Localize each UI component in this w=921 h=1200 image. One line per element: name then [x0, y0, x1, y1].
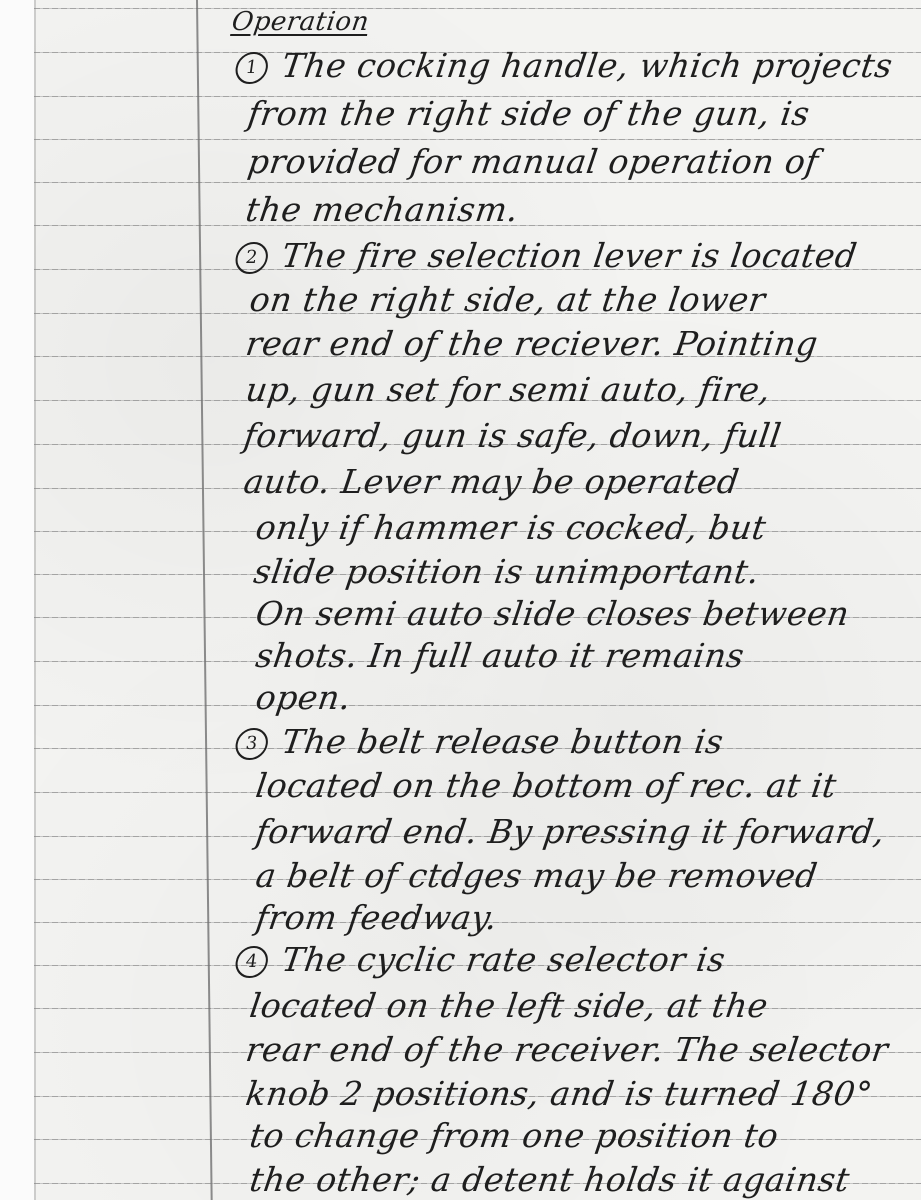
- section-2-line-11: open.: [253, 678, 353, 718]
- section-3-line-5: from feedway.: [253, 898, 500, 938]
- section-number-2: 2: [233, 242, 269, 274]
- section-number-1: 1: [233, 52, 269, 84]
- section-4-line-5: to change from one position to: [247, 1116, 781, 1156]
- section-2-line-8: slide position is unimportant.: [251, 552, 762, 592]
- text-line: The fire selection lever is located: [279, 236, 859, 275]
- text-line: The cocking handle, which projects: [279, 46, 895, 85]
- section-1-line-1: 1The cocking handle, which projects: [233, 46, 895, 86]
- page-edge: [34, 0, 36, 1200]
- rule-line: [34, 139, 921, 140]
- text-line: The cyclic rate selector is: [279, 940, 728, 979]
- section-2-line-1: 2The fire selection lever is located: [233, 236, 859, 276]
- section-4-line-2: located on the left side, at the: [247, 986, 770, 1026]
- section-4-line-1: 4The cyclic rate selector is: [233, 940, 728, 980]
- rule-line: [34, 8, 921, 9]
- section-2-line-10: shots. In full auto it remains: [253, 636, 747, 676]
- page-heading: Operation: [229, 2, 372, 42]
- section-2-line-6: auto. Lever may be operated: [241, 462, 742, 502]
- section-number-3: 3: [233, 728, 269, 760]
- section-4-line-3: rear end of the receiver. The selector: [243, 1030, 891, 1070]
- section-2-line-7: only if hammer is cocked, but: [253, 508, 769, 548]
- text-line: The belt release button is: [279, 722, 726, 761]
- section-4-line-6: the other; a detent holds it against: [247, 1160, 852, 1200]
- section-2-line-4: up, gun set for semi auto, fire,: [243, 370, 773, 410]
- section-2-line-3: rear end of the reciever. Pointing: [243, 324, 820, 364]
- section-3-line-2: located on the bottom of rec. at it: [253, 766, 839, 806]
- section-1-line-2: from the right side of the gun, is: [245, 94, 812, 134]
- rule-line: [34, 705, 921, 706]
- section-3-line-3: forward end. By pressing it forward,: [253, 812, 887, 852]
- rule-line: [34, 182, 921, 183]
- section-2-line-2: on the right side, at the lower: [247, 280, 768, 320]
- section-1-line-3: provided for manual operation of: [245, 142, 821, 182]
- section-number-4: 4: [233, 946, 269, 978]
- section-4-line-4: knob 2 positions, and is turned 180°: [243, 1074, 875, 1114]
- section-3-line-4: a belt of ctdges may be removed: [253, 856, 820, 896]
- section-2-line-9: On semi auto slide closes between: [253, 594, 852, 634]
- section-1-line-4: the mechanism.: [243, 190, 521, 230]
- section-3-line-1: 3The belt release button is: [233, 722, 726, 762]
- section-2-line-5: forward, gun is safe, down, full: [241, 416, 784, 456]
